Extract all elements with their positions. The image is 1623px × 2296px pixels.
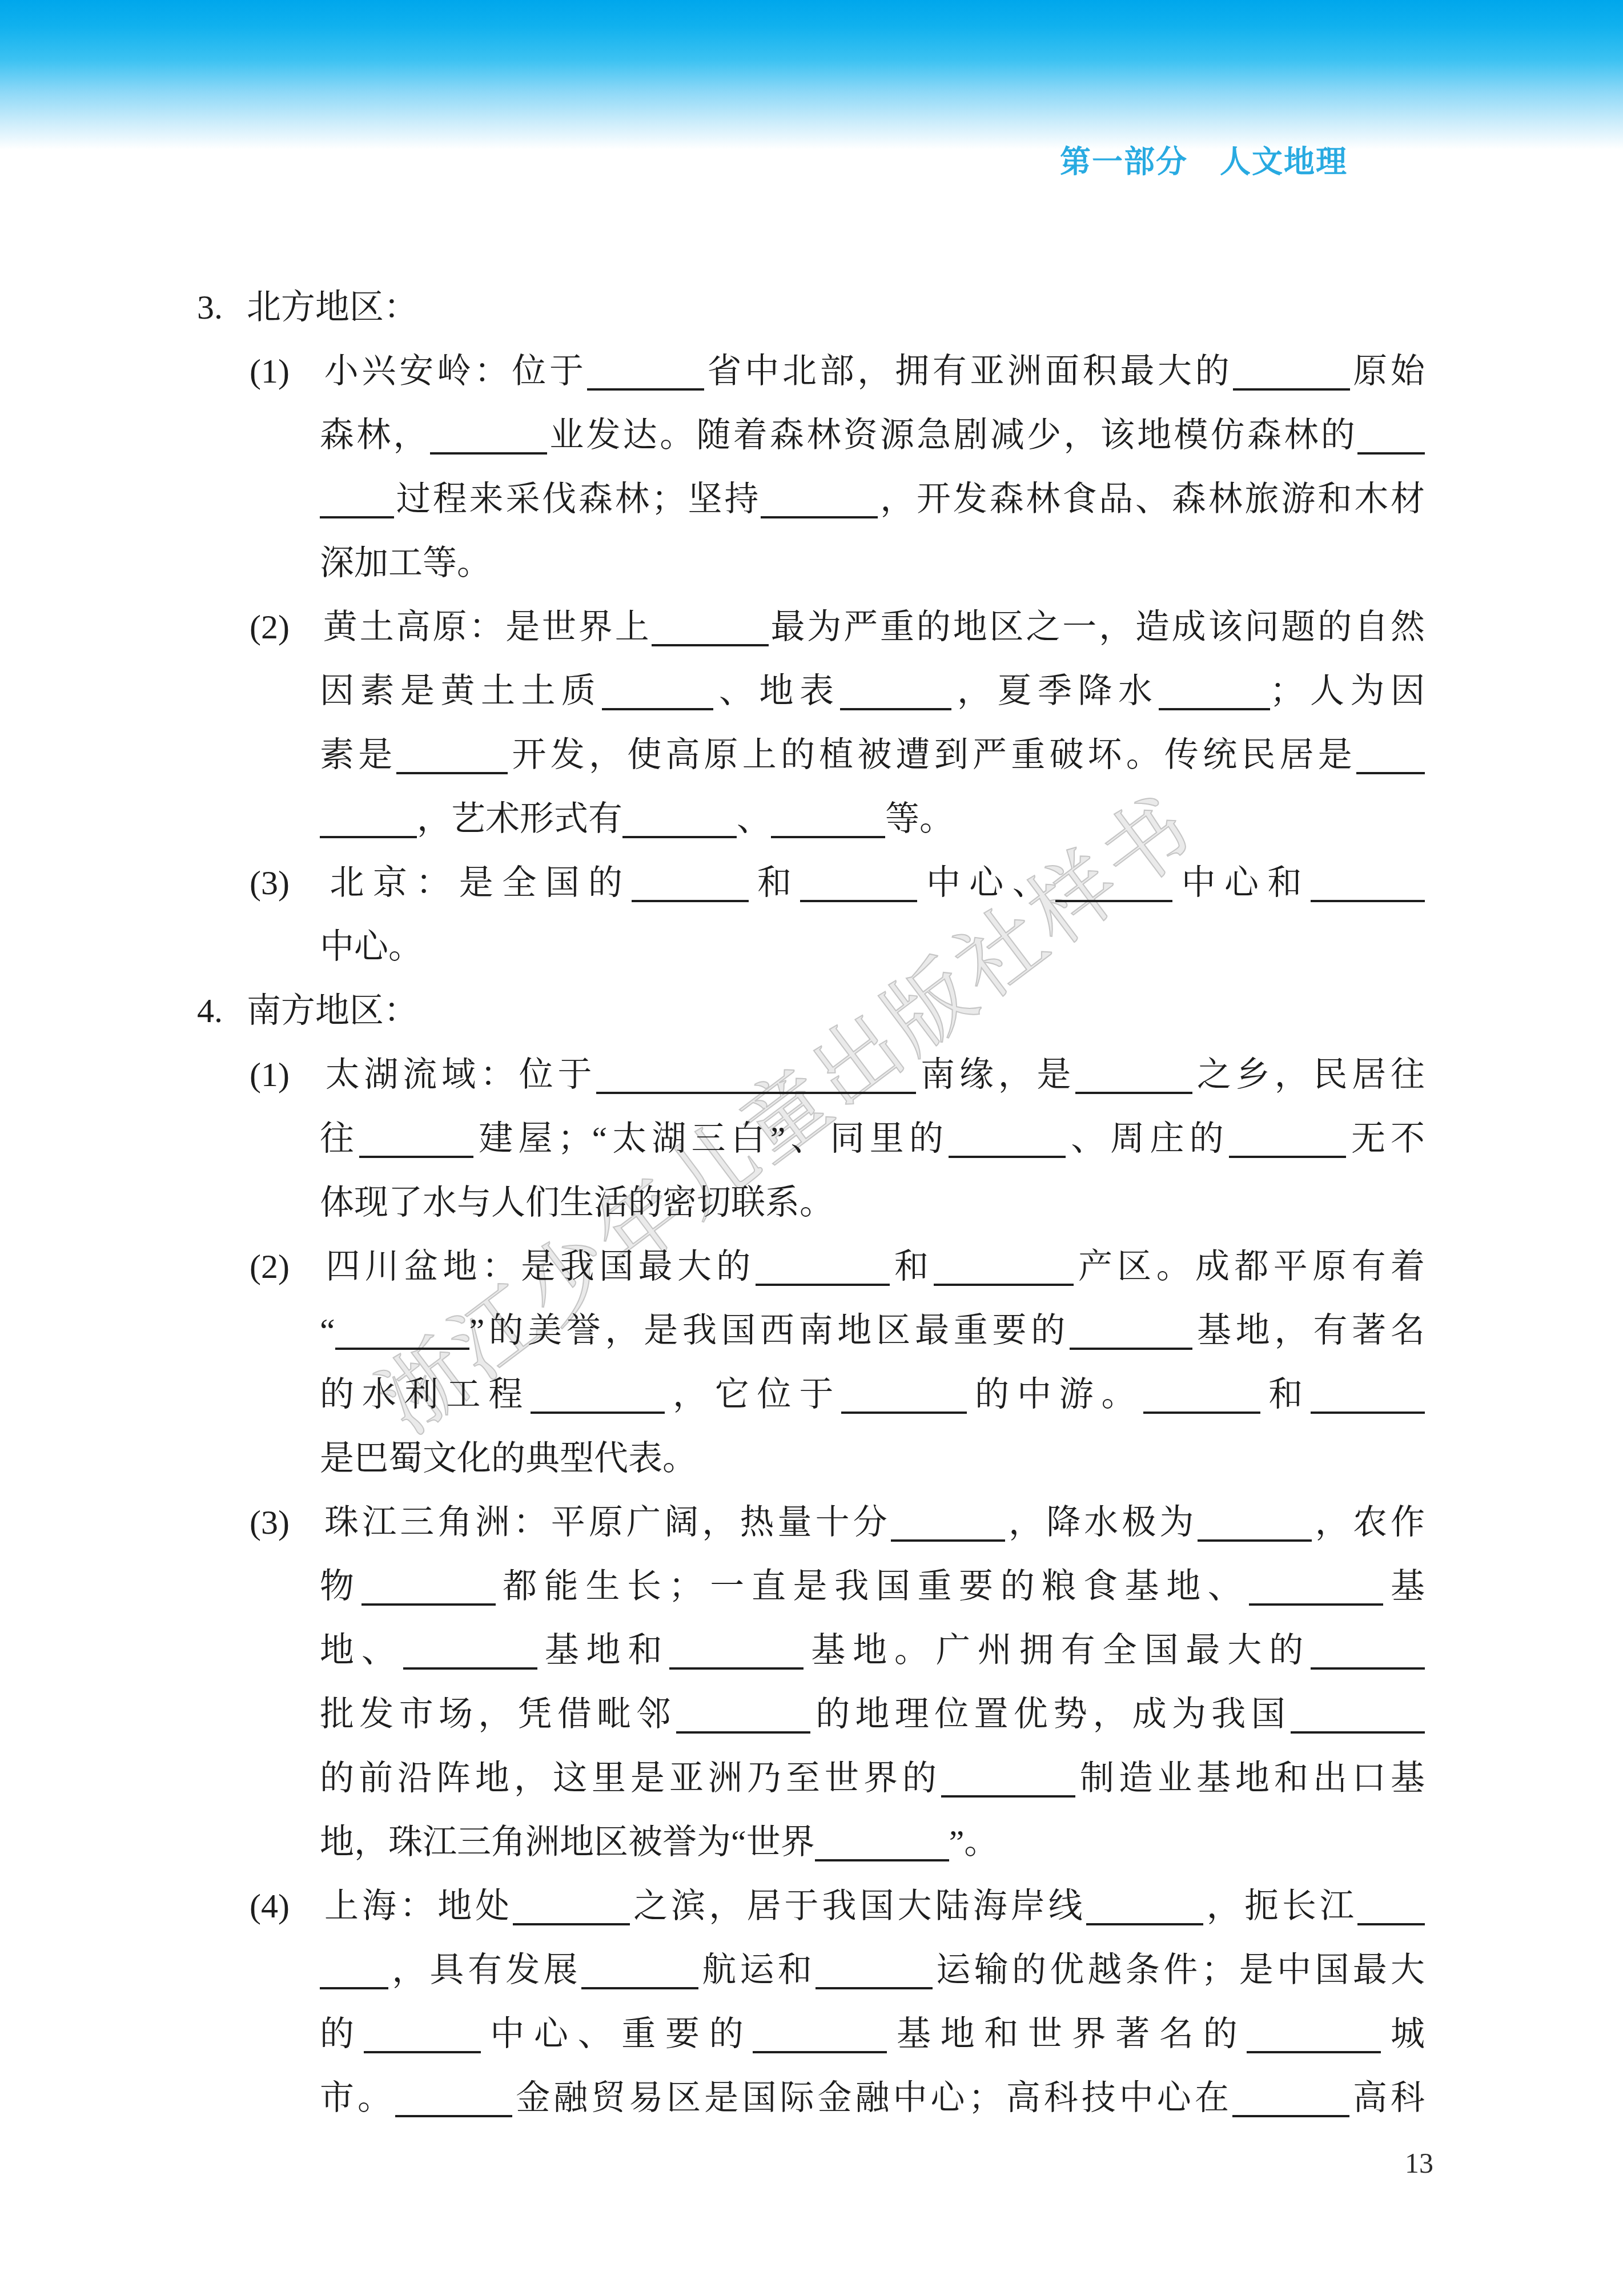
blank-underline: [669, 1660, 804, 1670]
text-line: 3.北方地区：: [197, 275, 1425, 339]
text-run: 市。: [320, 2079, 395, 2117]
text-run: 业发达。随着森林资源急剧减少，该地模仿森林的: [547, 416, 1357, 454]
workbook-page: 第一部分 人文地理 浙江少年儿童出版社样书 3.北方地区：(1)小兴安岭：位于省…: [0, 0, 1623, 2296]
text-run: 制造业基地和出口基: [1075, 1759, 1425, 1797]
text-run: 珠江三角洲：平原广阔，热量十分: [321, 1503, 891, 1541]
blank-underline: [622, 829, 737, 838]
blank-underline: [1311, 1660, 1425, 1670]
blank-underline: [1232, 2108, 1349, 2117]
text-run: ，开发森林食品、森林旅游和木材: [878, 480, 1425, 518]
text-run: 森林，: [320, 416, 430, 454]
text-run: 的水利工程: [320, 1376, 531, 1413]
text-run: 批发市场，凭借毗邻: [320, 1695, 676, 1733]
blank-underline: [652, 637, 769, 646]
text-run: 往: [320, 1120, 359, 1157]
text-run: ，夏季降水: [951, 672, 1159, 710]
text-run: 城: [1381, 2015, 1425, 2053]
text-run: 地，珠江三角洲地区被誉为“世界: [320, 1823, 815, 1861]
text-line: ，艺术形式有、等。: [197, 787, 1425, 851]
text-run: 四川盆地：是我国最大的: [321, 1248, 756, 1285]
blank-underline: [815, 1980, 933, 1989]
text-run: 基地和世界著名的: [887, 2015, 1247, 2053]
text-run: 基地，有著名: [1192, 1312, 1425, 1349]
text-line: 森林，业发达。随着森林资源急剧减少，该地模仿森林的: [197, 403, 1425, 467]
text-line: (4)上海：地处之滨，居于我国大陆海岸线，扼长江: [197, 1874, 1425, 1938]
text-run: 中心和: [1172, 864, 1311, 902]
blank-underline: [1055, 893, 1172, 902]
text-run: 上海：地处: [321, 1887, 513, 1925]
text-run: 、周庄的: [1066, 1120, 1229, 1157]
blank-underline: [800, 893, 917, 902]
blank-underline: [753, 2044, 887, 2053]
text-line: 过程来采伐森林；坚持，开发森林食品、森林旅游和木材: [197, 467, 1425, 531]
text-run: 深加工等。: [320, 544, 491, 582]
text-line: 批发市场，凭借毗邻的地理位置优势，成为我国: [197, 1682, 1425, 1746]
blank-underline: [320, 1980, 388, 1989]
blank-underline: [1229, 1149, 1346, 1158]
blank-underline: [403, 1660, 537, 1670]
text-run: 、地表: [713, 672, 840, 710]
blank-underline: [934, 1277, 1074, 1286]
blank-underline: [891, 1533, 1005, 1542]
text-run: ；人为因: [1270, 672, 1425, 710]
list-marker: (2): [250, 595, 321, 659]
text-run: 都能生长；一直是我国重要的粮食基地、: [496, 1567, 1250, 1605]
text-run: 中心、: [917, 864, 1055, 902]
text-line: (1)小兴安岭：位于省中北部，拥有亚洲面积最大的原始: [197, 339, 1425, 403]
text-run: 南缘，是: [916, 1056, 1075, 1093]
text-run: 黄土高原：是世界上: [321, 608, 652, 646]
blank-underline: [581, 1980, 698, 1989]
text-run: 开发，使高原上的植被遭到严重破坏。传统民居是: [508, 736, 1356, 774]
text-run: 、: [737, 800, 771, 838]
blank-underline: [335, 1341, 469, 1350]
text-run: ，它位于: [665, 1376, 841, 1413]
text-run: 是巴蜀文化的典型代表。: [320, 1439, 697, 1477]
text-run: 无不: [1346, 1120, 1425, 1157]
blank-underline: [513, 1916, 630, 1925]
text-run: ”。: [949, 1823, 999, 1861]
text-run: 基地和: [537, 1631, 670, 1669]
text-run: 体现了水与人们生活的密切联系。: [320, 1184, 834, 1221]
list-marker: 3.: [197, 275, 247, 339]
blank-underline: [1159, 701, 1270, 710]
blank-underline: [1357, 1916, 1425, 1925]
text-line: (2)黄土高原：是世界上最为严重的地区之一，造成该问题的自然: [197, 595, 1425, 659]
blank-underline: [359, 1149, 473, 1158]
text-run: 产区。成都平原有着: [1074, 1248, 1425, 1285]
section-title: 第一部分 人文地理: [1060, 145, 1348, 179]
text-run: 素是: [320, 736, 396, 774]
text-run: 的: [320, 2015, 364, 2053]
blank-underline: [815, 1852, 949, 1861]
text-run: 中心。: [320, 928, 423, 966]
text-run: 过程来采伐森林；坚持: [394, 480, 761, 518]
blank-underline: [1143, 1405, 1260, 1414]
blank-underline: [396, 765, 508, 774]
text-run: 建屋；“太湖三白”、同里的: [473, 1120, 949, 1157]
text-run: 北京：是全国的: [321, 864, 632, 902]
list-marker: (3): [250, 851, 321, 915]
text-run: 金融贸易区是国际金融中心；高科技中心在: [512, 2079, 1232, 2117]
text-run: 基: [1383, 1567, 1425, 1605]
blank-underline: [587, 381, 704, 391]
text-line: (3)珠江三角洲：平原广阔，热量十分，降水极为，农作: [197, 1490, 1425, 1554]
blank-underline: [531, 1405, 665, 1414]
text-run: 航运和: [698, 1951, 815, 1989]
text-run: ”的美誉，是我国西南地区最重要的: [469, 1312, 1070, 1349]
text-line: (3)北京：是全国的和中心、中心和: [197, 851, 1425, 915]
blank-underline: [361, 1597, 496, 1606]
text-line: “”的美誉，是我国西南地区最重要的基地，有著名: [197, 1298, 1425, 1362]
text-run: 北方地区：: [247, 288, 418, 326]
text-run: 之乡，民居往: [1192, 1056, 1425, 1093]
text-line: 地、基地和基地。广州拥有全国最大的: [197, 1618, 1425, 1682]
text-run: 中心、重要的: [481, 2015, 753, 2053]
text-line: 市。金融贸易区是国际金融中心；高科技中心在高科: [197, 2066, 1425, 2130]
blank-underline: [632, 893, 749, 902]
blank-underline: [1198, 1533, 1312, 1542]
text-run: 省中北部，拥有亚洲面积最大的: [704, 352, 1233, 390]
text-line: 因素是黄土土质、地表，夏季降水；人为因: [197, 659, 1425, 723]
blank-underline: [395, 2108, 512, 2117]
blank-underline: [840, 701, 951, 710]
blank-underline: [596, 1085, 916, 1094]
text-line: 是巴蜀文化的典型代表。: [197, 1426, 1425, 1490]
text-run: 太湖流域：位于: [321, 1056, 596, 1093]
text-run: 的中游。: [967, 1376, 1143, 1413]
page-number: 13: [1405, 2146, 1433, 2180]
blank-underline: [1311, 893, 1425, 902]
text-run: 的前沿阵地，这里是亚洲乃至世界的: [320, 1759, 941, 1797]
text-run: 之滨，居于我国大陆海岸线: [630, 1887, 1086, 1925]
text-run: 的地理位置优势，成为我国: [810, 1695, 1291, 1733]
text-run: ，扼长江: [1203, 1887, 1357, 1925]
text-run: 因素是黄土土质: [320, 672, 602, 710]
blank-underline: [1233, 381, 1350, 391]
text-line: 4.南方地区：: [197, 979, 1425, 1043]
blank-underline: [761, 509, 878, 518]
blank-underline: [364, 2044, 481, 2053]
text-run: 运输的优越条件；是中国最大: [933, 1951, 1425, 1989]
text-line: (2)四川盆地：是我国最大的和产区。成都平原有着: [197, 1235, 1425, 1298]
text-run: ，农作: [1312, 1503, 1425, 1541]
list-marker: (3): [250, 1490, 321, 1554]
text-line: 素是开发，使高原上的植被遭到严重破坏。传统民居是: [197, 723, 1425, 787]
blank-underline: [1291, 1724, 1425, 1734]
text-run: ，降水极为: [1005, 1503, 1198, 1541]
text-run: 和: [749, 864, 801, 902]
blank-underline: [771, 829, 885, 838]
blank-underline: [1247, 2044, 1381, 2053]
list-marker: (1): [250, 1043, 321, 1107]
text-line: 物都能生长；一直是我国重要的粮食基地、基: [197, 1554, 1425, 1618]
text-line: 往建屋；“太湖三白”、同里的、周庄的无不: [197, 1107, 1425, 1171]
blank-underline: [320, 829, 417, 838]
blank-underline: [602, 701, 713, 710]
blank-underline: [1249, 1597, 1383, 1606]
blank-underline: [1356, 765, 1425, 774]
text-run: 地、: [320, 1631, 403, 1669]
text-line: ，具有发展航运和运输的优越条件；是中国最大: [197, 1938, 1425, 2002]
blank-underline: [949, 1149, 1066, 1158]
list-marker: (2): [250, 1235, 321, 1298]
list-marker: (1): [250, 339, 321, 403]
blank-underline: [756, 1277, 890, 1286]
text-line: 的前沿阵地，这里是亚洲乃至世界的制造业基地和出口基: [197, 1746, 1425, 1810]
text-run: 原始: [1350, 352, 1425, 390]
text-run: 基地。广州拥有全国最大的: [804, 1631, 1311, 1669]
text-line: (1)太湖流域：位于南缘，是之乡，民居往: [197, 1043, 1425, 1107]
blank-underline: [1070, 1341, 1192, 1350]
blank-underline: [676, 1724, 810, 1734]
text-run: 最为严重的地区之一，造成该问题的自然: [769, 608, 1425, 646]
blank-underline: [430, 445, 547, 455]
list-marker: (4): [250, 1874, 321, 1938]
text-line: 的中心、重要的基地和世界著名的城: [197, 2002, 1425, 2066]
text-line: 地，珠江三角洲地区被誉为“世界”。: [197, 1810, 1425, 1874]
text-line: 的水利工程，它位于的中游。和: [197, 1362, 1425, 1426]
blank-underline: [1086, 1916, 1203, 1925]
text-run: 和: [1260, 1376, 1311, 1413]
text-run: ，艺术形式有: [417, 800, 622, 838]
text-run: 高科: [1349, 2079, 1425, 2117]
text-run: 和: [890, 1248, 934, 1285]
blank-underline: [941, 1788, 1075, 1798]
text-run: 物: [320, 1567, 361, 1605]
text-line: 深加工等。: [197, 531, 1425, 595]
text-run: 等。: [885, 800, 954, 838]
text-run: 小兴安岭：位于: [321, 352, 587, 390]
text-line: 体现了水与人们生活的密切联系。: [197, 1171, 1425, 1235]
blank-underline: [1311, 1405, 1425, 1414]
blank-underline: [320, 509, 394, 518]
blank-underline: [1075, 1085, 1192, 1094]
text-run: “: [320, 1312, 335, 1349]
text-line: 中心。: [197, 915, 1425, 979]
header-gradient-band: [0, 0, 1623, 153]
text-run: 南方地区：: [247, 992, 418, 1030]
text-run: ，具有发展: [388, 1951, 581, 1989]
body-text: 3.北方地区：(1)小兴安岭：位于省中北部，拥有亚洲面积最大的原始森林，业发达。…: [197, 275, 1425, 2130]
list-marker: 4.: [197, 979, 247, 1043]
blank-underline: [1357, 445, 1425, 455]
blank-underline: [841, 1405, 967, 1414]
